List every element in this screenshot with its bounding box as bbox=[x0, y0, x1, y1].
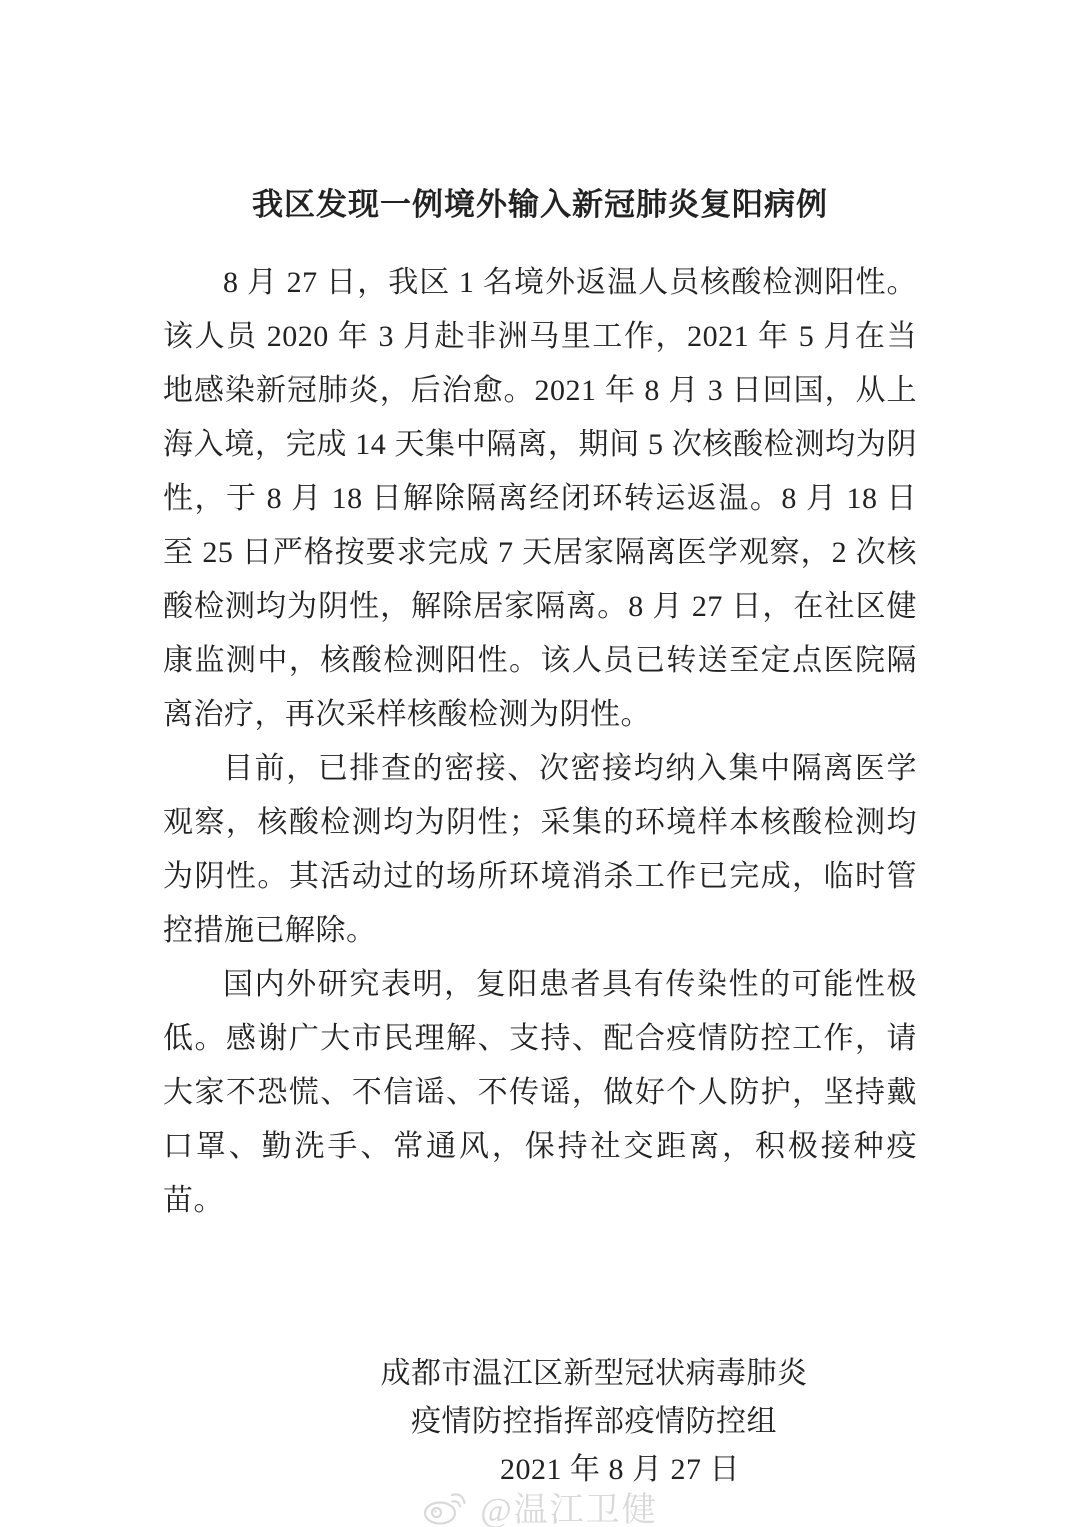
watermark: @温江卫健 bbox=[0, 1482, 1080, 1527]
signature-block: 成都市温江区新型冠状病毒肺炎 疫情防控指挥部疫情防控组 2021 年 8 月 2… bbox=[0, 1350, 1080, 1494]
weibo-icon bbox=[422, 1487, 470, 1527]
notice-paragraph-1: 8 月 27 日，我区 1 名境外返温人员核酸检测阳性。该人员 2020 年 3… bbox=[163, 256, 917, 742]
signature-org-line-1: 成都市温江区新型冠状病毒肺炎 bbox=[54, 1350, 1080, 1398]
notice-page: 我区发现一例境外输入新冠肺炎复阳病例 8 月 27 日，我区 1 名境外返温人员… bbox=[0, 0, 1080, 1527]
signature-org-line-2: 疫情防控指挥部疫情防控组 bbox=[54, 1398, 1080, 1446]
notice-paragraph-3: 国内外研究表明，复阳患者具有传染性的可能性极低。感谢广大市民理解、支持、配合疫情… bbox=[163, 958, 917, 1228]
notice-paragraph-2: 目前，已排查的密接、次密接均纳入集中隔离医学观察，核酸检测均为阴性；采集的环境样… bbox=[163, 742, 917, 958]
notice-body: 8 月 27 日，我区 1 名境外返温人员核酸检测阳性。该人员 2020 年 3… bbox=[163, 256, 917, 1228]
notice-title: 我区发现一例境外输入新冠肺炎复阳病例 bbox=[0, 0, 1080, 228]
watermark-text: @温江卫健 bbox=[480, 1482, 657, 1527]
